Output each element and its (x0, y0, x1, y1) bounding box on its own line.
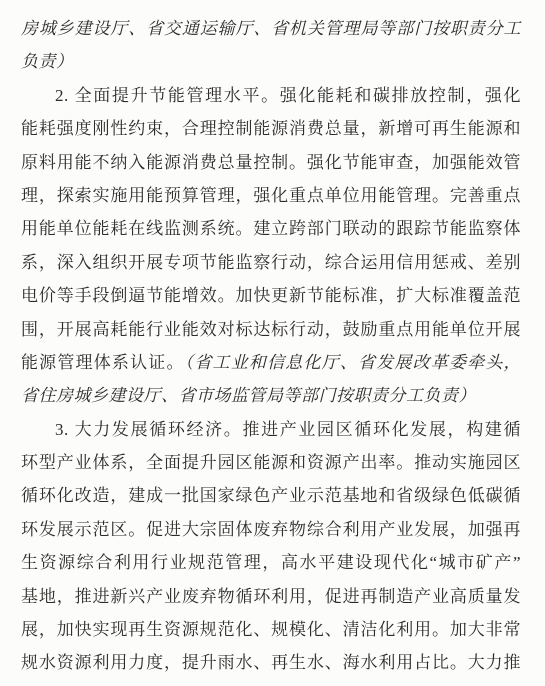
text-line: 省住房城乡建设厅、省市场监管局等部门按职责分工负责） (21, 379, 521, 412)
text-line: 电价等手段倒逼节能增效。加快更新节能标准，扩大标准覆盖范 (21, 279, 521, 312)
song-text-segment: 循环化改造，建成一批国家绿色产业示范基地和省级绿色低碳循 (21, 486, 521, 505)
song-text-segment: 理，探索实施用能预算管理，强化重点单位用能管理。完善重点 (21, 186, 521, 205)
document-page: 房城乡建设厅、省交通运输厅、省机关管理局等部门按职责分工负责）2. 全面提升节能… (0, 0, 545, 686)
kaiti-text-segment: 房城乡建设厅、省交通运输厅、省机关管理局等部门按职责分工 (21, 19, 521, 38)
text-line: 能耗强度刚性约束，合理控制能源消费总量，新增可再生能源和 (21, 112, 521, 145)
text-line: 环发展示范区。促进大宗固体废弃物综合利用产业发展，加强再 (21, 513, 521, 546)
song-text-segment: 2. 全面提升节能管理水平。强化能耗和碳排放控制，强化 (55, 86, 521, 105)
text-line: 循环化改造，建成一批国家绿色产业示范基地和省级绿色低碳循 (21, 479, 521, 512)
text-line: 2. 全面提升节能管理水平。强化能耗和碳排放控制，强化 (21, 79, 521, 112)
song-text-segment: 电价等手段倒逼节能增效。加快更新节能标准，扩大标准覆盖范 (21, 286, 521, 305)
text-line: 基地，推进新兴产业废弃物循环利用，促进再制造产业高质量发 (21, 580, 521, 613)
song-text-segment: 3. 大力发展循环经济。推进产业园区循环化发展，构建循 (55, 420, 521, 439)
text-line: 用能单位能耗在线监测系统。建立跨部门联动的跟踪节能监察体 (21, 212, 521, 245)
song-text-segment: 原料用能不纳入能源消费总量控制。强化节能审查，加强能效管 (21, 153, 521, 172)
song-text-segment: 用能单位能耗在线监测系统。建立跨部门联动的跟踪节能监察体 (21, 219, 521, 238)
text-line: 理，探索实施用能预算管理，强化重点单位用能管理。完善重点 (21, 179, 521, 212)
song-text-segment: 环发展示范区。促进大宗固体废弃物综合利用产业发展，加强再 (21, 520, 521, 539)
text-line: 展，加快实现再生资源规范化、规模化、清洁化利用。加大非常 (21, 613, 521, 646)
song-text-segment: 能源管理体系认证。 (21, 353, 185, 372)
song-text-segment: 基地，推进新兴产业废弃物循环利用，促进再制造产业高质量发 (21, 587, 521, 606)
song-text-segment: 系，深入组织开展专项节能监察行动，综合运用信用惩戒、差别 (21, 253, 521, 272)
kaiti-text-segment: 负责） (21, 52, 74, 71)
text-line: 环型产业体系，全面提升园区能源和资源产出率。推动实施园区 (21, 446, 521, 479)
text-line: 3. 大力发展循环经济。推进产业园区循环化发展，构建循 (21, 413, 521, 446)
text-line: 负责） (21, 45, 521, 78)
text-line: 生资源综合利用行业规范管理，高水平建设现代化“城市矿产” (21, 546, 521, 579)
text-line: 规水资源利用力度，提升雨水、再生水、海水利用占比。大力推 (21, 646, 521, 679)
kaiti-text-segment: 省住房城乡建设厅、省市场监管局等部门按职责分工负责） (21, 386, 476, 405)
text-line: 系，深入组织开展专项节能监察行动，综合运用信用惩戒、差别 (21, 246, 521, 279)
text-line: 原料用能不纳入能源消费总量控制。强化节能审查，加强能效管 (21, 146, 521, 179)
text-line: 能源管理体系认证。（省工业和信息化厅、省发展改革委牵头， (21, 346, 521, 379)
song-text-segment: 环型产业体系，全面提升园区能源和资源产出率。推动实施园区 (21, 453, 521, 472)
text-line: 房城乡建设厅、省交通运输厅、省机关管理局等部门按职责分工 (21, 12, 521, 45)
song-text-segment: 展，加快实现再生资源规范化、规模化、清洁化利用。加大非常 (21, 620, 521, 639)
song-text-segment: 围，开展高耗能行业能效对标达标行动，鼓励重点用能单位开展 (21, 320, 521, 339)
text-line: 围，开展高耗能行业能效对标达标行动，鼓励重点用能单位开展 (21, 313, 521, 346)
song-text-segment: 能耗强度刚性约束，合理控制能源消费总量，新增可再生能源和 (21, 119, 521, 138)
song-text-segment: 生资源综合利用行业规范管理，高水平建设现代化“城市矿产” (21, 553, 521, 572)
document-text-block: 房城乡建设厅、省交通运输厅、省机关管理局等部门按职责分工负责）2. 全面提升节能… (21, 12, 521, 680)
song-text-segment: 规水资源利用力度，提升雨水、再生水、海水利用占比。大力推 (21, 653, 521, 672)
kaiti-text-segment: （省工业和信息化厅、省发展改革委牵头， (185, 353, 521, 372)
